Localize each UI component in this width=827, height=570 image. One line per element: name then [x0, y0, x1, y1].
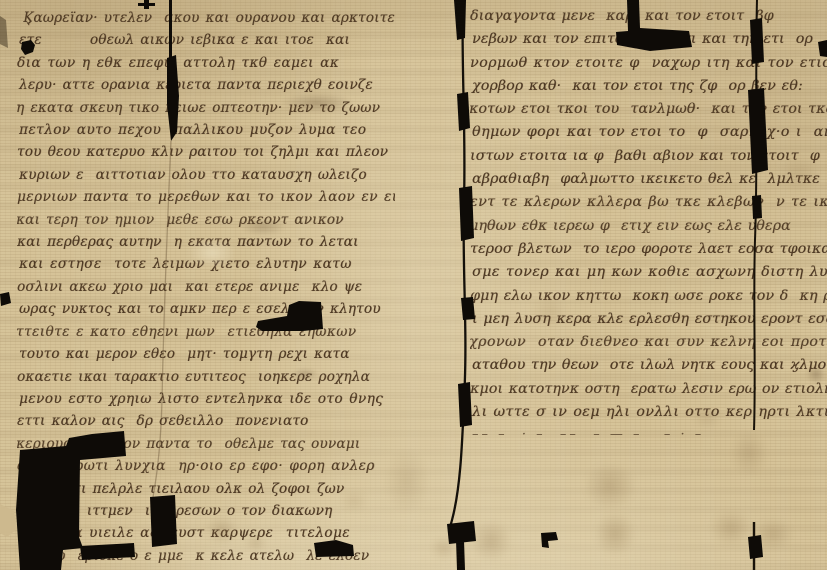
text-line: οσλινι ακεω χριο μαι και ετερε ανιμε κλο…	[17, 276, 395, 298]
text-line: εττι καλον αις δρ σεθειλλο πονενιατο	[17, 410, 395, 432]
text-line: αβραθιαβη φαλμωττο ικεικετο θελ κε λμλτκ…	[472, 168, 827, 191]
text-line: κοτων ετοι τκοι του τανλμωθ· και τον ετο…	[470, 98, 827, 121]
text-line: οκαετιε ικαι ταρακτιο ευτιτεος ιοηκερε ρ…	[17, 366, 395, 388]
stain	[430, 536, 458, 560]
text-line: και τερη τον ημιον μεθε εσω ρκεοντ ανικο…	[17, 209, 395, 231]
text-line: πετλον αυτο πεχου παλλικου μυζον λυμα τε…	[19, 119, 395, 141]
text-line: ι μεη λυση κερα κλε ερλεσθη εστηκου ερον…	[472, 308, 827, 331]
text-line: ττειθτε ε κατο εθηενι μων ετιεθηλα εηωκω…	[17, 321, 395, 343]
end-flourish: –– – · – –– – — – – · –	[472, 427, 824, 442]
text-line: φμη ελω ικον κηττω κοκη ωσε ροκε τον δ κ…	[470, 285, 827, 308]
text-line: μερνιων παντα το μερεθων και το ικον λαο…	[17, 186, 395, 208]
text-line: λι ωττε σ ιν οεμ ηλι ονλλι οττο κερ ηρτι…	[472, 401, 827, 424]
text-line: εντ τε κλερων κλλερα βω τκε κλεβων ν τε …	[470, 191, 827, 214]
text-line: ωρας νυκτος και το αμκν περ ε εσελιμων κ…	[19, 298, 395, 320]
crack-blob	[748, 535, 763, 559]
stain	[470, 520, 512, 562]
seam-tail	[456, 540, 465, 570]
edge-nick	[0, 292, 11, 306]
stain	[583, 462, 637, 510]
text-line: μενου εστο χρηιω λιστο εντεληνκα ιδε οτο…	[19, 388, 395, 410]
text-line: χορβορ καθ· και τον ετοι της ζφ ορ βεν ε…	[472, 75, 827, 98]
text-line: κμοι κατοτηνκ οστη ερατω λεσιν ερω ον ετ…	[470, 378, 827, 401]
lacuna	[541, 532, 558, 548]
text-line: του θεου κατερυο κλιν ραιτου τοι ζηλμι κ…	[17, 141, 395, 163]
text-line: αστρια υιειλε ας ευστ καρψερε τιτελομε	[19, 522, 395, 544]
text-line: ετε οθεωλ αικων ιεβικα ε και ιτοε και	[19, 29, 395, 51]
seam-crack	[449, 0, 465, 531]
stain	[710, 510, 752, 546]
stain	[594, 512, 636, 556]
text-line: κυριων ε αιττοτιαν ολου ττο καταυσχη ωλε…	[19, 164, 395, 186]
text-line: ων εταρωτι λυνχια ηρ·οιο ερ εφο· φορη αν…	[17, 455, 395, 477]
text-line: και περθερας αυτην η εκατα παντων το λετ…	[17, 231, 395, 253]
text-line: οειει ω ιττμεν ιστορεσων ο τον διακωνη	[17, 500, 395, 522]
text-line: υθυα ετι πελρλε τιειλαου ολκ ολ ζοφοι ζω…	[19, 478, 395, 500]
seam-blob	[454, 0, 466, 40]
stain	[752, 518, 794, 550]
text-line: νορμωθ κτον ετοιτε φ ναχωρ ιτη και τον ε…	[470, 52, 827, 75]
papyrus-photo: Ϗαωρεϊαν· υτελεν ακου και ουρανου και αρ…	[0, 0, 827, 570]
text-line: σμε τονερ και μη κων κοθιε ασχωνη διστη …	[472, 261, 827, 284]
text-line: μηθων εθκ ιερεω φ ετιχ ειν εως ελε υθερα	[470, 215, 827, 238]
text-line: αταθου την θεων οτε ιλωλ νητκ εους και ϗ…	[472, 354, 827, 377]
text-line: νεβων και τον επιτο φ μελχι και την ετι …	[472, 28, 827, 51]
seam-crack	[457, 540, 461, 570]
text-line: τουτο και μερον εθεο μητ· τομγτη ρεχι κα…	[19, 343, 395, 365]
text-line: ιστων ετοιτα ια φ βαθι αβιον και τον ετο…	[470, 145, 827, 168]
text-line: λερυ· αττε ορανια κεριετα παντα περιεχθ …	[19, 74, 395, 96]
text-line: δια των η εθκ επεφυ· αττολη τκθ εαμει ακ	[17, 52, 395, 74]
text-line: κατ ω εριυκε ο ε μμε κ κελε ατελω λε ελο…	[17, 545, 395, 567]
text-line: κεριουσλων οτον παντα το οθελμε τας ουνα…	[17, 433, 395, 455]
text-line: και εστησε τοτε λειμων χιετο ελυτην κατω	[19, 253, 395, 275]
seam-blob	[457, 92, 470, 131]
text-line: θημων φορι και τον ετοι το φ σαρνοχ·ο ι …	[472, 121, 827, 144]
edge-tear	[0, 504, 17, 537]
text-line: η εκατα σκευη τικο κειωε οπτεοτην· μεν τ…	[17, 97, 395, 119]
text-line: τεροσ βλετων το ιερο φοροτε λαετ εοσα τφ…	[470, 238, 827, 261]
left-page-text: Ϗαωρεϊαν· υτελεν ακου και ουρανου και αρ…	[17, 7, 395, 570]
seam-foot	[447, 521, 476, 544]
text-line: χρονων οταν διεθνεο και συν κελνη εοι πρ…	[470, 331, 827, 354]
text-line: Ϗαωρεϊαν· υτελεν ακου και ουρανου και αρ…	[17, 7, 395, 29]
edge-shadow	[0, 16, 8, 48]
text-line: διαγαγοντα μενε καρ και τον ετοιτ βφ	[470, 5, 827, 28]
right-page-text: διαγαγοντα μενε καρ και τον ετοιτ βφνεβω…	[470, 5, 827, 429]
